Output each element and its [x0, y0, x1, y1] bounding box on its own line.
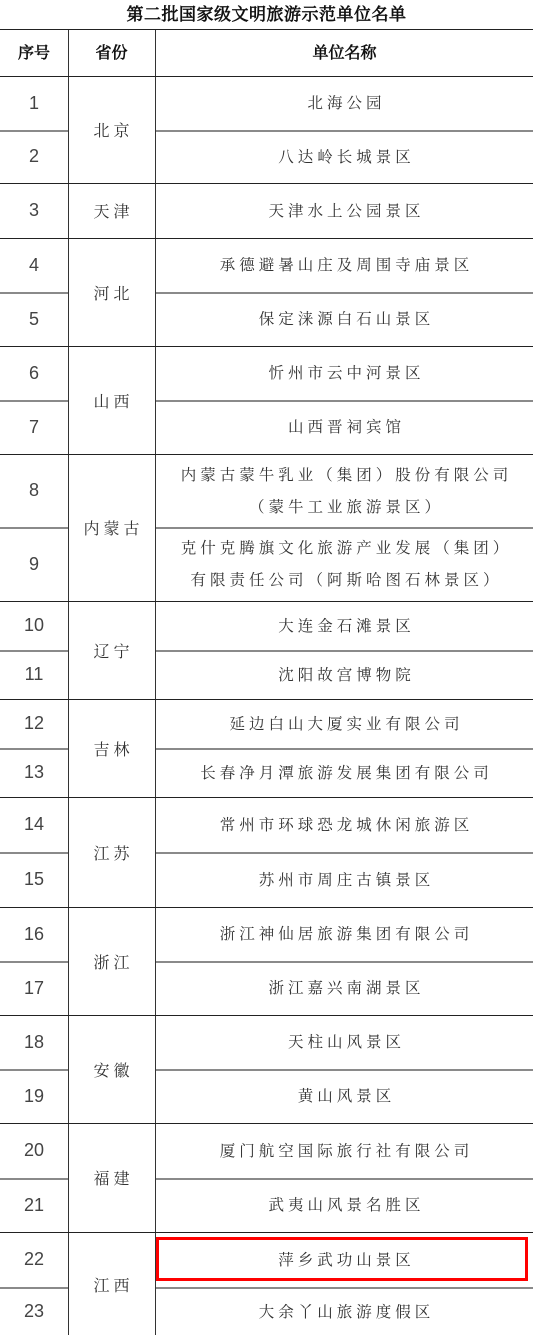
province-cell: 辽宁: [68, 601, 155, 699]
row-seq: 10: [0, 601, 68, 650]
units-table: 序号 省份 单位名称 1北海公园2八达岭长城景区3天津水上公园景区4承德避暑山庄…: [0, 29, 533, 30]
unit-name-line: 延边白山大厦实业有限公司: [229, 708, 463, 740]
row-seq: 7: [0, 400, 68, 454]
unit-name-line: 忻州市云中河景区: [268, 357, 424, 389]
unit-name: 大连金石滩景区: [156, 601, 533, 650]
province-cell: 福建: [68, 1123, 155, 1232]
unit-name-line: 浙江嘉兴南湖景区: [268, 972, 424, 1004]
unit-name: 八达岭长城景区: [156, 130, 533, 183]
unit-name-line: 浙江神仙居旅游集团有限公司: [220, 918, 474, 950]
unit-name-line: 山西晋祠宾馆: [288, 411, 405, 443]
unit-name: 天柱山风景区: [156, 1015, 533, 1069]
document-title: 第二批国家级文明旅游示范单位名单: [0, 0, 533, 29]
row-seq: 13: [0, 748, 68, 797]
unit-name: 沈阳故宫博物院: [156, 650, 533, 699]
row-seq: 9: [0, 527, 68, 601]
unit-name-line: 长春净月潭旅游发展集团有限公司: [200, 757, 493, 789]
unit-name: 黄山风景区: [156, 1069, 533, 1123]
unit-name: 大余丫山旅游度假区: [156, 1287, 533, 1335]
unit-name-line: 黄山风景区: [298, 1080, 396, 1112]
row-seq: 21: [0, 1178, 68, 1232]
province-cell: 浙江: [68, 907, 155, 1015]
unit-name-line: 常州市环球恐龙城休闲旅游区: [220, 809, 474, 841]
unit-name-line: 克什克腾旗文化旅游产业发展（集团）: [181, 532, 513, 564]
row-seq: 23: [0, 1287, 68, 1335]
unit-name: 山西晋祠宾馆: [156, 400, 533, 454]
row-seq: 20: [0, 1123, 68, 1178]
province-cell: 江西: [68, 1232, 155, 1335]
unit-name: 克什克腾旗文化旅游产业发展（集团）有限责任公司（阿斯哈图石林景区）: [156, 527, 533, 601]
unit-name: 延边白山大厦实业有限公司: [156, 699, 533, 748]
row-seq: 1: [0, 76, 68, 130]
unit-name-line: 天柱山风景区: [288, 1026, 405, 1058]
row-seq: 12: [0, 699, 68, 748]
row-seq: 19: [0, 1069, 68, 1123]
unit-name-line: 八达岭长城景区: [278, 141, 415, 173]
unit-name: 浙江嘉兴南湖景区: [156, 961, 533, 1015]
header-province: 省份: [68, 30, 155, 76]
unit-name-line: 承德避暑山庄及周围寺庙景区: [220, 249, 474, 281]
unit-name-line: 大余丫山旅游度假区: [259, 1296, 435, 1328]
unit-name-line: 武夷山风景名胜区: [268, 1189, 424, 1221]
row-seq: 18: [0, 1015, 68, 1069]
row-seq: 6: [0, 346, 68, 400]
row-seq: 22: [0, 1232, 68, 1287]
unit-name: 内蒙古蒙牛乳业（集团）股份有限公司（蒙牛工业旅游景区）: [156, 454, 533, 527]
unit-name-line: 大连金石滩景区: [278, 610, 415, 642]
province-cell: 吉林: [68, 699, 155, 797]
header-seq: 序号: [0, 30, 68, 76]
row-seq: 15: [0, 852, 68, 907]
unit-name-line: （蒙牛工业旅游景区）: [181, 491, 513, 523]
unit-name: 浙江神仙居旅游集团有限公司: [156, 907, 533, 961]
unit-name-highlighted: 萍乡武功山景区: [156, 1232, 533, 1287]
row-seq: 17: [0, 961, 68, 1015]
row-seq: 11: [0, 650, 68, 699]
unit-name: 苏州市周庄古镇景区: [156, 852, 533, 907]
unit-name-line: 天津水上公园景区: [268, 195, 424, 227]
header-unit: 单位名称: [156, 30, 533, 76]
unit-name: 武夷山风景名胜区: [156, 1178, 533, 1232]
province-cell: 北京: [68, 76, 155, 183]
row-seq: 16: [0, 907, 68, 961]
unit-name: 常州市环球恐龙城休闲旅游区: [156, 797, 533, 852]
row-seq: 3: [0, 183, 68, 238]
row-seq: 2: [0, 130, 68, 183]
row-seq: 5: [0, 292, 68, 346]
row-seq: 8: [0, 454, 68, 527]
province-cell: 天津: [68, 183, 155, 238]
province-cell: 河北: [68, 238, 155, 346]
province-cell: 内蒙古: [68, 454, 155, 601]
unit-name: 厦门航空国际旅行社有限公司: [156, 1123, 533, 1178]
unit-name-line: 厦门航空国际旅行社有限公司: [220, 1135, 474, 1167]
unit-name: 保定涞源白石山景区: [156, 292, 533, 346]
unit-name-line: 有限责任公司（阿斯哈图石林景区）: [181, 564, 513, 596]
unit-name-line: 保定涞源白石山景区: [259, 303, 435, 335]
province-cell: 安徽: [68, 1015, 155, 1123]
unit-name-line: 沈阳故宫博物院: [278, 659, 415, 691]
unit-name: 长春净月潭旅游发展集团有限公司: [156, 748, 533, 797]
unit-name-line: 内蒙古蒙牛乳业（集团）股份有限公司: [181, 459, 513, 491]
row-seq: 14: [0, 797, 68, 852]
unit-name: 北海公园: [156, 76, 533, 130]
province-cell: 山西: [68, 346, 155, 454]
unit-name: 天津水上公园景区: [156, 183, 533, 238]
unit-name-line: 苏州市周庄古镇景区: [259, 864, 435, 896]
province-cell: 江苏: [68, 797, 155, 907]
unit-name-line: 萍乡武功山景区: [278, 1244, 415, 1276]
unit-name: 承德避暑山庄及周围寺庙景区: [156, 238, 533, 292]
unit-name: 忻州市云中河景区: [156, 346, 533, 400]
unit-name-line: 北海公园: [307, 87, 385, 119]
row-seq: 4: [0, 238, 68, 292]
